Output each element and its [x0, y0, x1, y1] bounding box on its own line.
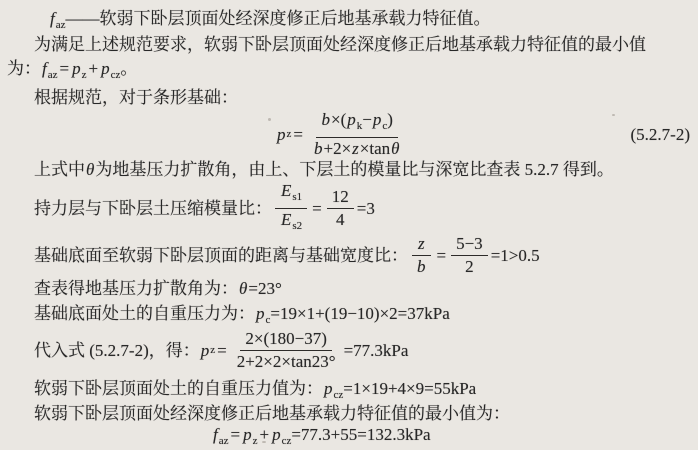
lead-text: 代入式 (5.2.7-2)，得：	[34, 340, 200, 361]
sub-s1: s1	[292, 191, 302, 203]
value-text: =23°	[248, 279, 281, 298]
line-code-basis: 根据规范，对于条形基础：	[34, 87, 238, 108]
times-tan: ×tan	[360, 139, 390, 158]
var-z: z	[417, 234, 426, 253]
line-final-statement: 软弱下卧层顶面处经深度修正后地基承载力特征值的最小值为：	[34, 403, 510, 424]
fraction-pz: 2×(180−37) 2+2×2×tan23°	[232, 329, 341, 372]
line-depth-width-ratio: 基础底面至软弱下卧层顶面的距离与基础宽度比： z b = 5−3 2 =1>0.…	[34, 234, 540, 277]
plus-sign: +	[259, 425, 269, 444]
line-modulus-ratio: 持力层与下卧层土压缩模量比： Es1 Es2 = 12 4 =3	[34, 181, 375, 236]
line-pz-calculation: 代入式 (5.2.7-2)，得： pz= 2×(180−37) 2+2×2×ta…	[34, 329, 408, 372]
var-p: p	[346, 110, 357, 129]
var-theta: θ	[238, 279, 248, 298]
equals-sign: =	[231, 425, 241, 444]
sub-s2: s2	[292, 220, 302, 232]
times-open-paren: ×(	[331, 110, 346, 129]
var-f: f	[212, 425, 219, 444]
lead-text: 查表得地基压力扩散角为：	[34, 279, 238, 298]
var-p: p	[255, 304, 266, 323]
sub-z: z	[253, 435, 258, 447]
line-spread-angle: 查表得地基压力扩散角为：θ=23°	[34, 278, 282, 299]
lead-text: 基础底面至软弱下卧层顶面的距离与基础宽度比：	[34, 245, 408, 266]
var-theta: θ	[85, 160, 95, 179]
minus-sign: −	[362, 110, 372, 129]
lead-text: 上式中	[34, 160, 85, 179]
var-p: p	[242, 425, 253, 444]
fraction-denominator: b+2×z×tanθ	[308, 138, 406, 159]
var-p: p	[71, 59, 82, 78]
var-b: b	[416, 257, 427, 276]
line-overburden-pressure-weak-layer: 软弱下卧层顶面处土的自重压力值为：pcz=1×19+4×9=55kPa	[34, 378, 476, 406]
equation-final-result: faz=pz+pcz=77.3+55=132.3kPa	[212, 424, 431, 450]
fraction-5-3-2: 5−3 2	[451, 234, 488, 277]
sub-az: az	[219, 435, 229, 447]
fraction-numerator: 5−3	[451, 234, 488, 256]
var-b: b	[321, 110, 332, 129]
var-p: p	[200, 340, 211, 361]
definition-text: ——软弱下卧层顶面处经深度修正后地基承载力特征值。	[66, 9, 491, 28]
sub-cz: cz	[282, 435, 292, 447]
var-E: E	[280, 181, 292, 200]
equals-sign: =	[312, 198, 322, 219]
fraction-denominator: b	[411, 256, 432, 277]
equation-5-2-7-2: pz= b×(pk−pc) b+2×z×tanθ	[276, 110, 409, 159]
fraction: b×(pk−pc) b+2×z×tanθ	[308, 110, 406, 159]
sub-z: z	[210, 340, 215, 361]
result-text: =77.3kPa	[344, 340, 409, 361]
var-f: f	[49, 9, 56, 28]
var-p: p	[100, 59, 111, 78]
line-theta-explanation: 上式中θ为地基压力扩散角，由上、下层土的模量比与深宽比查表 5.2.7 得到。	[34, 159, 614, 180]
plus-sign: +	[88, 59, 98, 78]
fraction-denominator: 4	[331, 209, 350, 230]
var-f: f	[41, 59, 48, 78]
fraction-z-b: z b	[411, 234, 432, 277]
fraction-denominator: 2	[460, 256, 479, 277]
equals-sign: =	[217, 340, 227, 361]
fraction-denominator: 2+2×2×tan23°	[232, 351, 341, 372]
fraction-numerator: z	[412, 234, 431, 256]
calc-text: =19×1+(19−10)×2=37kPa	[270, 304, 449, 323]
sub-cz: cz	[334, 389, 344, 401]
line-overburden-pressure-base: 基础底面处土的自重压力为：pc=19×1+(19−10)×2=37kPa	[34, 303, 450, 331]
lead-text: 软弱下卧层顶面处土的自重压力值为：	[34, 379, 323, 398]
result-text: =3	[357, 198, 375, 219]
var-E: E	[280, 210, 292, 229]
line-requirement: 为满足上述规范要求，软弱下卧层顶面处经深度修正后地基承载力特征值的最小值	[34, 34, 646, 55]
equals-sign: =	[293, 124, 303, 145]
result-text: =77.3+55=132.3kPa	[291, 425, 430, 444]
fraction-denominator: Es2	[275, 209, 307, 236]
var-p: p	[271, 425, 282, 444]
var-z: z	[351, 139, 360, 158]
sub-z: z	[287, 124, 292, 145]
scanned-document-page: faz——软弱下卧层顶面处经深度修正后地基承载力特征值。 为满足上述规范要求，软…	[0, 0, 698, 450]
equation-number-label: (5.2.7-2)	[631, 124, 690, 145]
var-p: p	[323, 379, 334, 398]
line-faz-definition: faz——软弱下卧层顶面处经深度修正后地基承载力特征值。	[49, 8, 491, 36]
lead-text: 基础底面处土的自重压力为：	[34, 304, 255, 323]
scan-speck	[612, 114, 615, 116]
close-paren: )	[387, 110, 393, 129]
sub-cz: cz	[111, 69, 121, 81]
var-p: p	[276, 124, 287, 145]
plus-2-times: +2×	[323, 139, 351, 158]
lead-text: 为：	[7, 59, 41, 78]
fraction-numerator: Es1	[275, 181, 307, 209]
var-theta: θ	[390, 139, 400, 158]
line-min-expression: 为：faz=pz+pcz。	[7, 58, 137, 86]
var-b: b	[313, 139, 324, 158]
calc-text: =1×19+4×9=55kPa	[343, 379, 476, 398]
sub-az: az	[56, 19, 66, 31]
rest-text: 为地基压力扩散角，由上、下层土的模量比与深宽比查表 5.2.7 得到。	[95, 160, 614, 179]
var-p: p	[372, 110, 383, 129]
fraction-es-ratio: Es1 Es2	[275, 181, 307, 236]
period: 。	[120, 59, 137, 78]
equals-sign: =	[437, 245, 447, 266]
fraction-12-4: 12 4	[327, 187, 354, 230]
sub-z: z	[82, 69, 87, 81]
result-text: =1>0.5	[491, 245, 540, 266]
fraction-numerator: 12	[327, 187, 354, 209]
fraction-numerator: 2×(180−37)	[240, 329, 332, 351]
equals-sign: =	[60, 59, 70, 78]
fraction-numerator: b×(pk−pc)	[316, 110, 398, 138]
lead-text: 持力层与下卧层土压缩模量比：	[34, 198, 272, 219]
sub-az: az	[48, 69, 58, 81]
scan-speck	[268, 118, 271, 121]
